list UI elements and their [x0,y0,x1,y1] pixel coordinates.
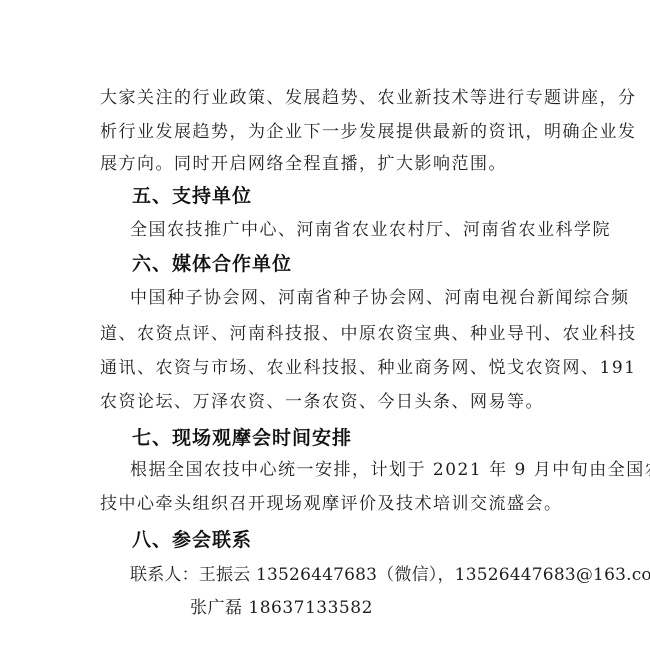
section-6-heading: 六、媒体合作单位 [132,247,582,281]
section-7-heading: 七、现场观摩会时间安排 [132,421,582,455]
section-7-line-2: 技中心牵头组织召开现场观摩评价及技术培训交流盛会。 [100,487,550,521]
intro-line-3: 展方向。同时开启网络全程直播，扩大影响范围。 [100,147,550,181]
document-page: 大家关注的行业政策、发展趋势、农业新技术等进行专题讲座，分 析行业发展趋势，为企… [0,0,650,658]
section-5-line-1: 全国农技推广中心、河南省农业农村厅、河南省农业科学院 [130,213,580,247]
section-6-line-1: 中国种子协会网、河南省种子协会网、河南电视台新闻综合频 [130,281,580,315]
section-5-heading: 五、支持单位 [132,179,582,213]
intro-line-1: 大家关注的行业政策、发展趋势、农业新技术等进行专题讲座，分 [100,81,550,115]
section-6-line-4: 农资论坛、万泽农资、一条农资、今日头条、网易等。 [100,385,550,419]
section-6-line-3: 通讯、农资与市场、农业科技报、种业商务网、悦戈农资网、191 [100,351,550,385]
section-6-line-2: 道、农资点评、河南科技报、中原农资宝典、种业导刊、农业科技 [100,317,550,351]
intro-line-2: 析行业发展趋势，为企业下一步发展提供最新的资讯，明确企业发 [100,115,550,149]
section-8-heading: 八、参会联系 [132,523,582,557]
section-7-line-1: 根据全国农技中心统一安排，计划于 2021 年 9 月中旬由全国农 [130,453,580,487]
contact-line-1: 联系人：王振云 13526447683（微信），13526447683@163.… [130,558,580,592]
contact-line-2: 张广磊 18637133582 [190,591,640,625]
